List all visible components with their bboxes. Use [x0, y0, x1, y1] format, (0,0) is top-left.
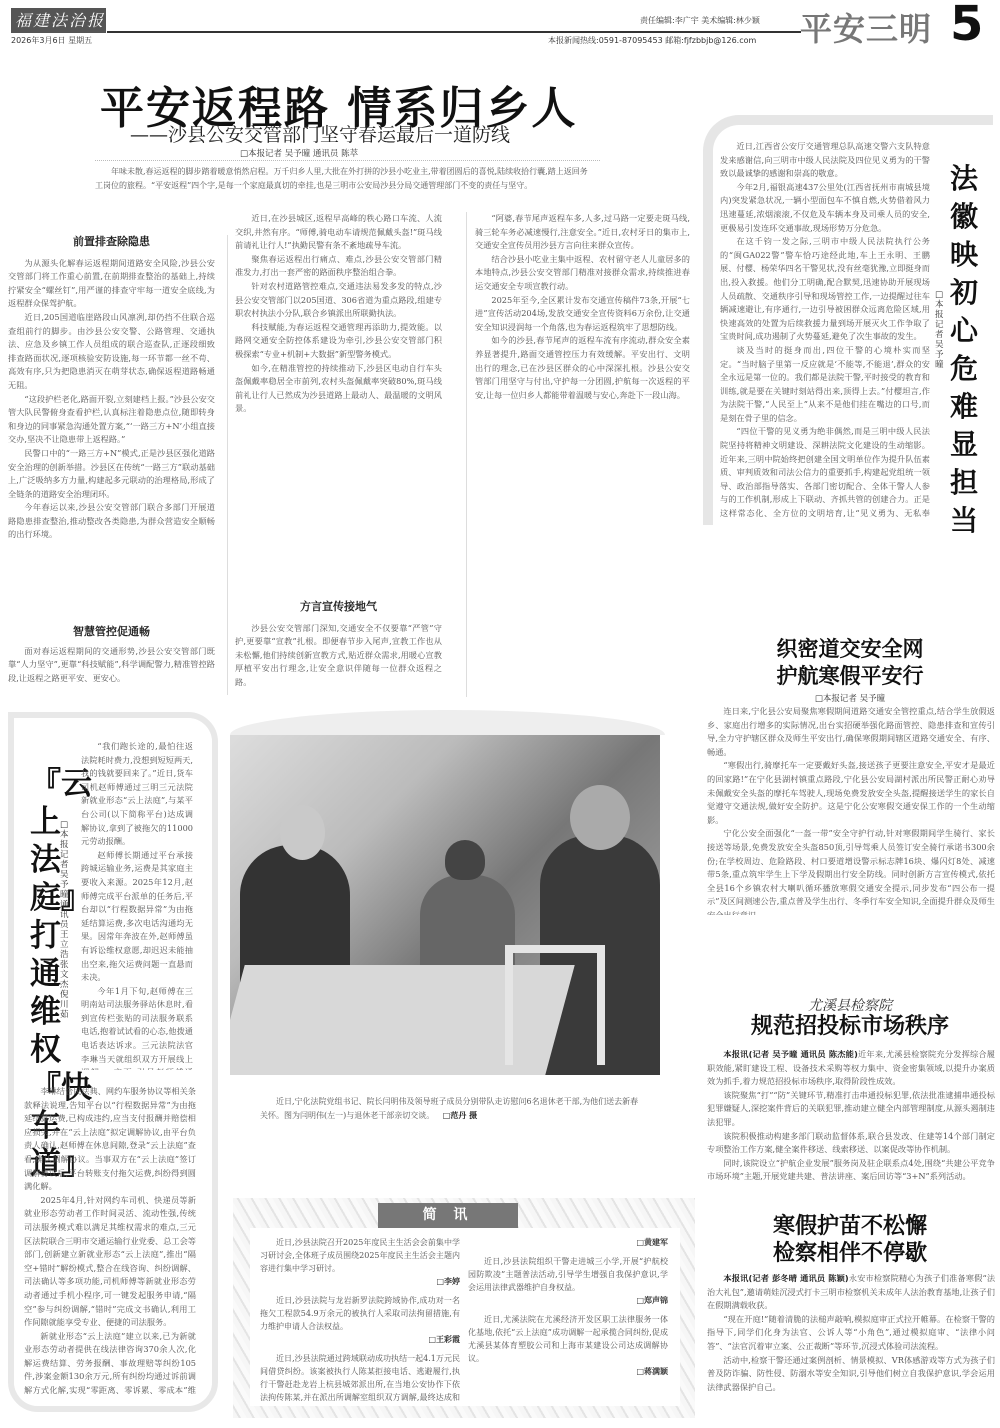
brief-item: 近日,沙县法院召开2025年度民主生活会会前集中学习研讨会,全体班子成员围绕20… [260, 1236, 460, 1288]
ninghua-headline-1: 织密道交安全网 [705, 635, 995, 662]
lead-column-3: “阿婆,春节尾声返程车多,人多,过马路一定要走斑马线,骑三轮车务必减速慢行,注意… [475, 212, 690, 692]
dotted-divider [95, 160, 600, 161]
brief-column-1: 近日,沙县法院召开2025年度民主生活会会前集中学习研讨会,全体班子成员围绕20… [260, 1236, 460, 1401]
editors-credit: 责任编辑:李广宇 美术编辑:林少颖 [640, 15, 760, 26]
lead-column-2b: 方言宣传接地气 沙县公安交管部门深知,交通安全不仅要靠“严管”守护,更要靠“宣教… [235, 600, 442, 700]
section-heading: 前置排查除隐患 [8, 235, 215, 249]
issue-date: 2026年3月6日 星期五 [11, 35, 92, 46]
column-divider [227, 235, 228, 695]
brief-tab: 简 讯 [378, 1203, 518, 1228]
left-feature-body-narrow: “我们跑长途的,最怕往返法院耗时费力,没想到短短两天,我的钱就要回来了。”近日,… [81, 740, 193, 1070]
brief-item: 近日,尤溪法院在尤溪经济开发区职工法律服务一体化基地,依托“云上法庭”成功调解一… [468, 1313, 668, 1378]
photo-chair [505, 945, 605, 1065]
brief-item: 近日,沙县法院组织干警走进城三小学,开展“护航校园防欺凌”主题普法活动,引导学生… [468, 1255, 668, 1307]
right-feature-headline: 法徽映初心 危难显担当 [950, 160, 980, 540]
section-heading: 方言宣传接地气 [235, 600, 442, 614]
photo-head-right [570, 785, 630, 850]
lead-column-1: 前置排查除隐患 为从源头化解春运返程期间道路安全风险,沙县公安交管部门将工作重心… [8, 235, 215, 615]
photo-credit: □范丹 摄 [443, 1111, 477, 1120]
news-photo[interactable] [230, 735, 660, 1075]
brief-item: 近日,沙县法院通过跨域联动成功执结一起4.1万元民间借贷纠纷。该案被执行人陈某拒… [260, 1352, 460, 1401]
yongan-body: 本报讯(记者 彭冬晴 通讯员 陈颖)永安市检察院精心为孩子们准备寒假“法治大礼包… [707, 1272, 995, 1422]
lead-subtitle: ——沙县公安交管部门坚守春运最后一道防线 [130, 120, 510, 147]
page-number: 5 [950, 0, 983, 52]
brief-item: 近日,沙县法院与龙岩新罗法院跨域协作,成功对一名拖欠工程款54.9万余元的被执行… [260, 1294, 460, 1346]
column-divider [466, 212, 467, 697]
right-feature-byline: □本报记者 吴予曈 [935, 290, 947, 370]
photo-head-center [445, 840, 485, 880]
lead-byline: □本报记者 吴予曈 通讯员 陈萃 [240, 147, 358, 159]
youxi-body: 本报讯(记者 吴予曈 通讯员 陈杰能)近年来,尤溪县检察院充分发挥综合履职效能,… [707, 1048, 995, 1198]
left-feature-body-wide: 李琳结合民法典、网约车服务协议等相关条款释法说理,告知平台以“行程数据异常”为由… [24, 1085, 196, 1395]
newspaper-logo: 福建法治报 [11, 8, 106, 33]
lead-column-1b: 智慧管控促通畅 面对春运返程期间的交通形势,沙县公安交管部门既靠“人力坚守”,更… [8, 625, 215, 705]
photo-caption-box: 近日,宁化法院党组书记、院长闫明伟及领导班子成员分别带队走访慰问6名退休老干部,… [260, 1095, 640, 1123]
lead-column-2: 近日,在沙县城区,返程早高峰的秩心路口车流、人流交织,井然有序。“师傅,骑电动车… [235, 212, 442, 587]
ninghua-headline-2: 护航寒假平安行 [705, 662, 995, 689]
right-feature-body: 近日,江西省公安厅交通管理总队高速交警六支队特意发来感谢信,向三明市中级人民法院… [720, 140, 930, 520]
section-heading: 智慧管控促通畅 [8, 625, 215, 639]
yongan-headline-2: 检察相伴不停歇 [705, 1240, 995, 1267]
brief-column-2: □黄建军 近日,沙县法院组织干警走进城三小学,开展“护航校园防欺凌”主题普法活动… [468, 1236, 668, 1401]
photo-head-left [280, 805, 325, 860]
section-title: 平安三明 [800, 4, 932, 50]
youxi-headline: 规范招投标市场秩序 [705, 1013, 995, 1040]
youxi-kicker: 尤溪县检察院 [705, 995, 995, 1015]
lead-intro: 年味未散,春运返程的脚步踏着暖意悄然启程。万千归乡人里,大批在外打拼的沙县小吃业… [95, 165, 595, 193]
masthead-rule [107, 31, 801, 33]
yongan-headline-1: 寒假护苗不松懈 [705, 1213, 995, 1240]
ninghua-byline: □本报记者 吴予曈 [705, 692, 995, 704]
news-hotline: 本报新闻热线:0591-87095453 邮箱:fjfzbbjb@126.com [548, 35, 756, 46]
ninghua-body: 连日来,宁化县公安局聚焦寒假期间道路交通安全管控重点,结合学生放假返乡、家庭出行… [707, 705, 995, 915]
photo-frame-arc [230, 710, 665, 735]
left-feature-byline: □本报记者 吴予曈 通讯员 王立浩 张文杰 倪川茹 [60, 820, 72, 1020]
